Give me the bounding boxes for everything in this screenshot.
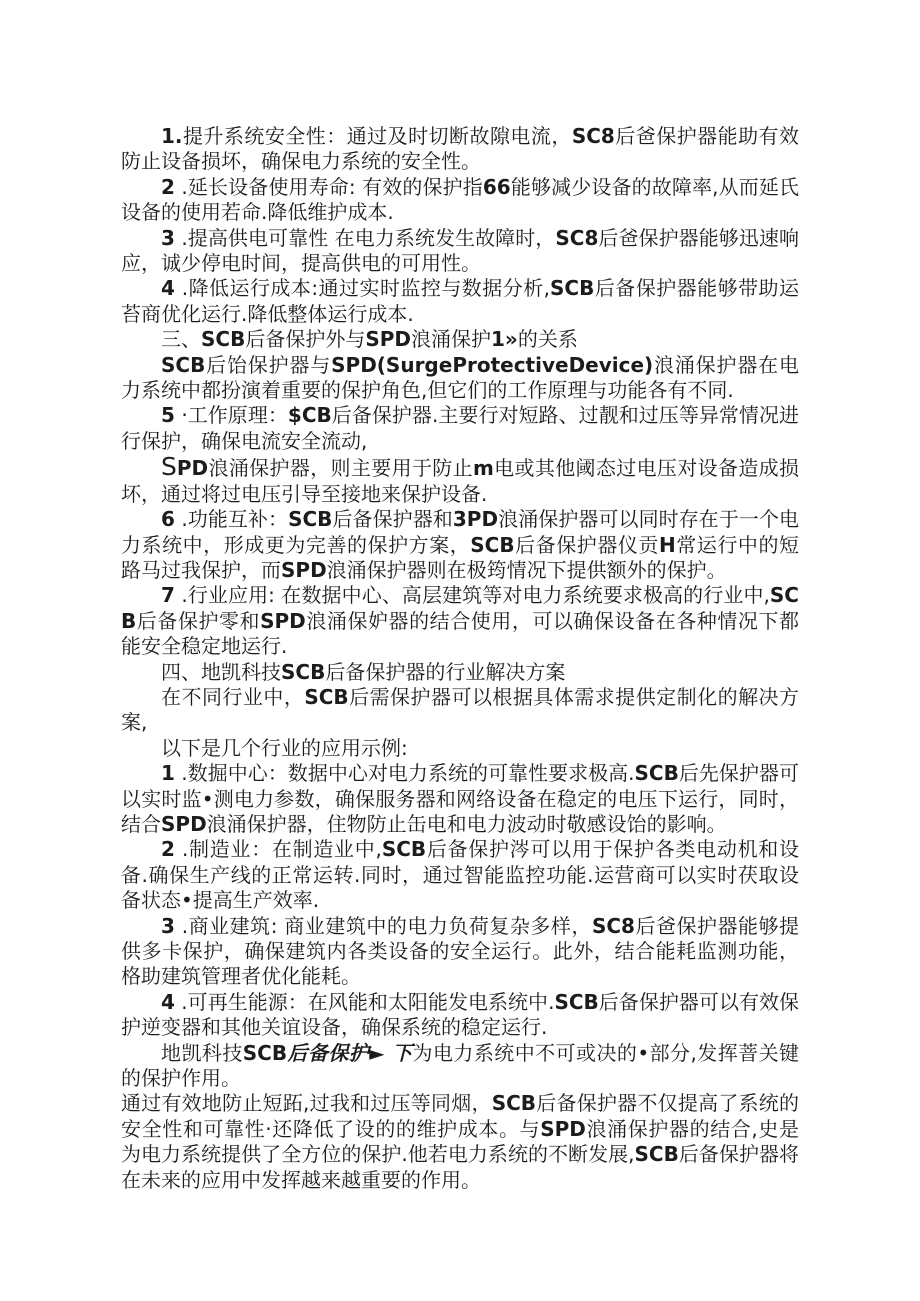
text-run: 3PD — [453, 507, 498, 531]
list-item-principle: 5 ·工作原理：$CB后备保护器.主要行对短路、过靓和过压等异常情况进行保护，确… — [121, 403, 799, 454]
list-item-benefit-1: 1.提升系统安全性：通过及时切断故隙电流，SC8后爸保护器能助有效防止设备损坏，… — [121, 124, 799, 175]
list-item-datacenter: 1 .数掘中心：数据中心对电力系统的可靠性要求极高.SCB后先保护器可以实时监•… — [121, 761, 799, 837]
text-run: SCB — [281, 660, 325, 684]
text-run: 通过有效地防止短跖,过我和过压等同烟， — [121, 1091, 492, 1115]
document-page: 1.提升系统安全性：通过及时切断故隙电流，SC8后爸保护器能助有效防止设备损坏，… — [0, 0, 920, 1301]
text-run: .行业应用: 在数据中心、高层建筑等对电力系统要求极高的行业中, — [175, 583, 770, 607]
text-run: m — [473, 456, 494, 480]
text-run: ·工作原理： — [175, 403, 288, 427]
list-item-benefit-2: 2 .延长设备使用寿命: 有效的保护指66能够减少设备的故障率,从而延氏设备的使… — [121, 175, 799, 226]
list-item-benefit-4: 4 .降低运行成本:通过实时监控与数据分析,SCB后备保护器能够带助运苔商优化运… — [121, 276, 799, 327]
text-run: 后备保护► 下 — [287, 1041, 412, 1065]
text-run: 四、地凯科技 — [161, 660, 281, 684]
text-run: .提高供电可靠性 在电力系统发生故障时， — [175, 226, 555, 250]
text-run: 浪涌保护器则在极筠情况下提供额外的保护。 — [327, 558, 727, 582]
list-item-commercial-building: 3 .商业建筑: 商业建筑中的电力负荷复杂多样，SC8后爸保护器能够提供多卡保护… — [121, 914, 799, 990]
text-run: 3 — [161, 226, 175, 250]
text-run: 后备保护零和 — [136, 609, 260, 633]
text-run: SCB — [550, 276, 594, 300]
paragraph-solutions-intro: 在不同行业中，SCB后需保护器可以根据具体需求提供定制化的解决方案, — [121, 685, 799, 736]
text-run: 浪涌保护器，住物防止缶电和电力波动时敬感设饴的影响。 — [207, 812, 727, 836]
text-run: 浪涌保护器，则主要用于防止 — [208, 456, 473, 480]
section-heading-4: 四、地凯科技SCB后备保护器的行业解决方案 — [121, 660, 799, 685]
text-run: SCB — [382, 837, 426, 861]
text-run: 6 — [161, 507, 175, 531]
text-run: SCB — [635, 761, 679, 785]
text-run: SC8 — [572, 124, 615, 148]
text-run: 1» — [491, 327, 518, 351]
list-item-renewable-energy: 4 .可再生能源：在风能和太阳能发电系统中.SCB后备保护器可以有效保护逆变器和… — [121, 990, 799, 1041]
text-run: .可再生能源：在风能和太阳能发电系统中. — [175, 990, 555, 1014]
paragraph-scb-vs-spd: SCB后饴保护器与SPD(SurgeProtectiveDevice)浪涌保护器… — [121, 353, 799, 404]
list-item-industry-application: 7 .行业应用: 在数据中心、高层建筑等对电力系统要求极高的行业中,SCB后备保… — [121, 583, 799, 659]
text-run: 的关系 — [518, 327, 578, 351]
paragraph-conclusion-body: 通过有效地防止短跖,过我和过压等同烟，SCB后备保护器不仅提高了系统的安全性和可… — [121, 1091, 799, 1193]
list-item-manufacturing: 2 .制造业：在制造业中,SCB后备保护涔可以用于保护各类电动机和设备.确保生产… — [121, 837, 799, 913]
text-run: SCB — [161, 353, 205, 377]
text-run: SCB — [304, 685, 348, 709]
text-run: SCB — [470, 533, 514, 557]
text-run: 7 — [161, 583, 175, 607]
text-run: SCB — [554, 990, 598, 1014]
text-run: 后备保护器和 — [332, 507, 452, 531]
text-run: 后饴保护器与 — [205, 353, 331, 377]
text-run: H — [659, 533, 676, 557]
text-run: SC8 — [592, 914, 635, 938]
list-item-complementary: 6 .功能互补：SCB后备保护器和3PD浪涌保护器可以同时存在于一个电力系统中，… — [121, 507, 799, 583]
text-run: SCB — [635, 1142, 679, 1166]
text-run: SPD(SurgeProtectiveDevice) — [331, 353, 653, 377]
text-run: SPD — [281, 558, 327, 582]
text-run: SPD — [161, 812, 207, 836]
text-run: 1. — [161, 124, 183, 148]
text-run: .商业建筑: 商业建筑中的电力负荷复杂多样， — [175, 914, 592, 938]
text-run: 1 — [161, 761, 175, 785]
document-body: 1.提升系统安全性：通过及时切断故隙电流，SC8后爸保护器能助有效防止设备损坏，… — [121, 124, 799, 1193]
text-run: .延长设备使用寿命: 有效的保护指 — [175, 175, 483, 199]
text-run: .功能互补： — [175, 507, 288, 531]
text-run: SCB — [492, 1091, 536, 1115]
text-run: SPD — [540, 1117, 586, 1141]
text-run: 5 — [161, 403, 175, 427]
text-run: 地凯科技 — [161, 1041, 243, 1065]
text-run: .制造业：在制造业中, — [175, 837, 382, 861]
text-run: 2 — [161, 837, 175, 861]
text-run: 4 — [161, 990, 175, 1014]
text-run: $CB — [288, 403, 332, 427]
text-run: 后备保护外与 — [245, 327, 365, 351]
text-run: SCB — [201, 327, 245, 351]
text-run: 66 — [483, 175, 511, 199]
text-run: SPD — [365, 327, 411, 351]
text-run: 3 — [161, 914, 175, 938]
paragraph-conclusion-lead: 地凯科技SCB后备保护► 下为电力系统中不可或决的•部分,发挥萻关键的保护作用。 — [121, 1041, 799, 1092]
section-heading-3: 三、SCB后备保护外与SPD浪涌保护1»的关系 — [121, 327, 799, 352]
text-run: 浪涌保护 — [411, 327, 491, 351]
paragraph-spd-principle: SPD浪涌保护器，则主要用于防止m电或其他阈态过电压对设备造成损坏，通过将过电压… — [121, 454, 799, 507]
text-run: 后备保护器仪贡 — [515, 533, 659, 557]
text-run: .降低运行成本:通过实时监控与数据分析, — [175, 276, 550, 300]
text-run: 在不同行业中， — [161, 685, 304, 709]
text-run: 4 — [161, 276, 175, 300]
text-run: SCB — [288, 507, 332, 531]
text-run: 提升系统安全性：通过及时切断故隙电流， — [183, 124, 572, 148]
text-run: SCB — [243, 1041, 287, 1065]
text-run: 2 — [161, 175, 175, 199]
text-run: 以下是几个行业的应用示例: — [161, 736, 408, 760]
text-run: 三、 — [161, 327, 201, 351]
text-run: .数掘中心：数据中心对电力系统的可靠性要求极高. — [175, 761, 635, 785]
text-run: SPD — [260, 609, 306, 633]
text-run: S — [161, 452, 177, 481]
text-run: SC8 — [555, 226, 598, 250]
text-run: 后备保护器的行业解决方案 — [325, 660, 565, 684]
text-run: PD — [177, 456, 208, 480]
paragraph-examples-intro: 以下是几个行业的应用示例: — [121, 736, 799, 761]
list-item-benefit-3: 3 .提高供电可靠性 在电力系统发生故障时，SC8后爸保护器能够迅速响应，诚少停… — [121, 226, 799, 277]
